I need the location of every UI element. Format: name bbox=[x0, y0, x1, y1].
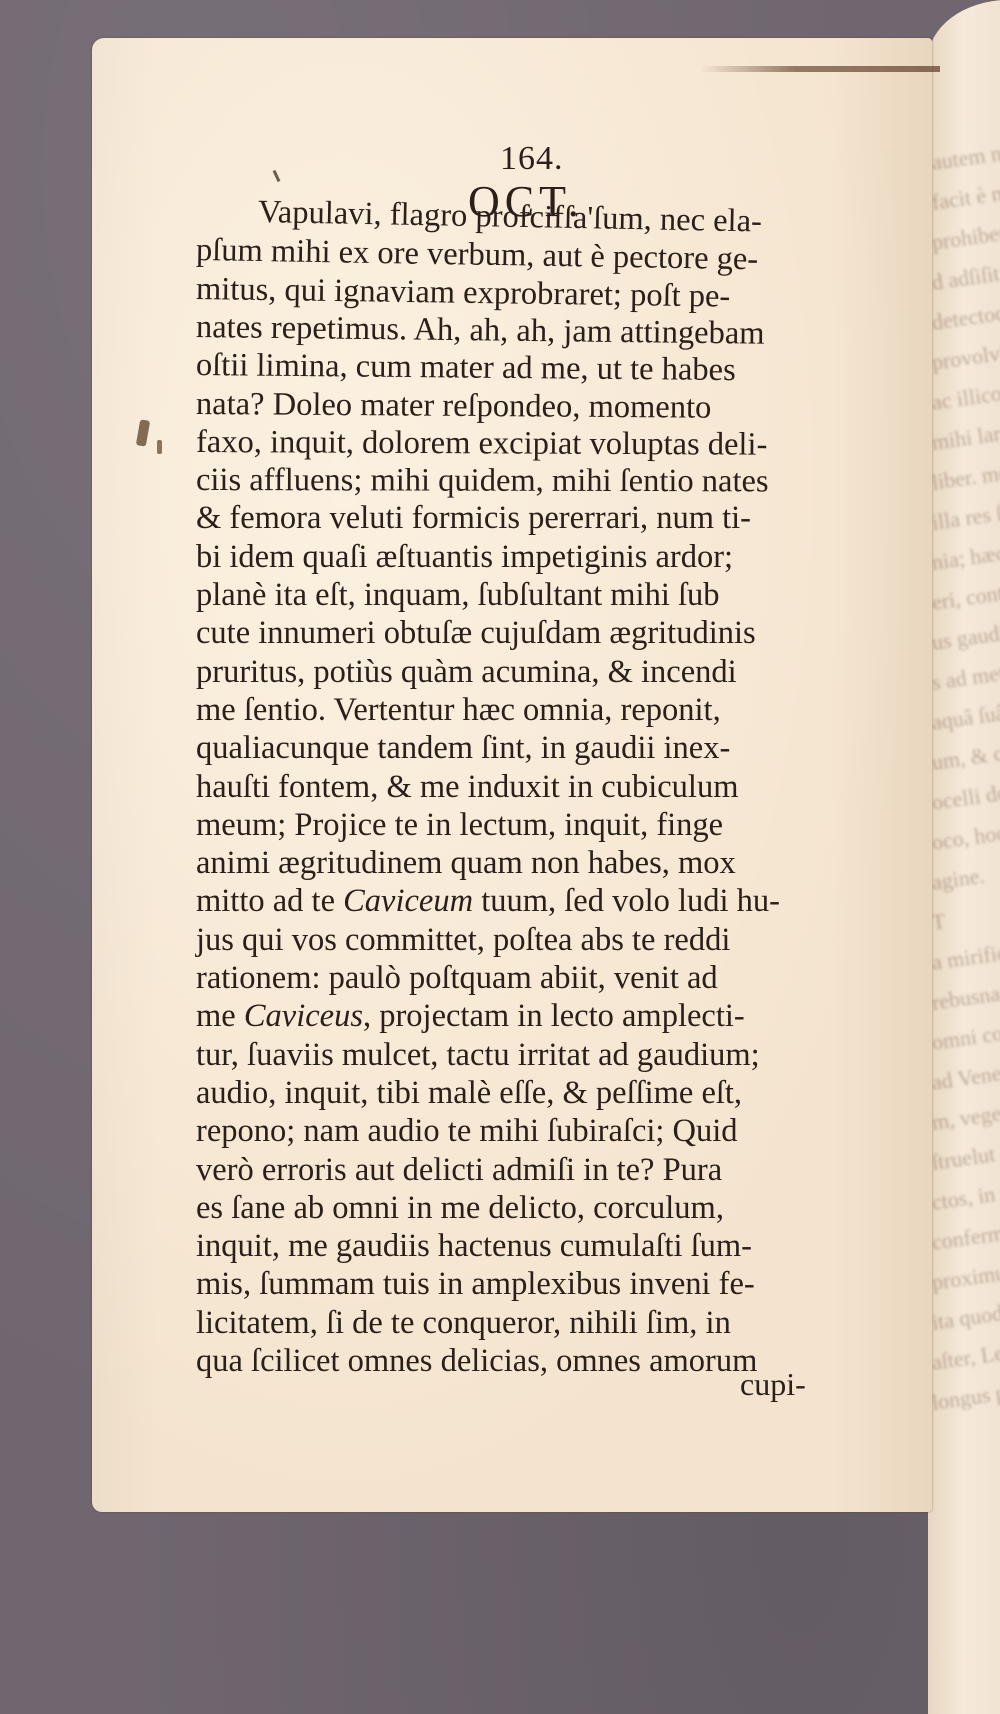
text-line: jus qui vos committet, poſtea abs te red… bbox=[196, 924, 730, 957]
facing-page-line: ad Venerem, bbox=[930, 1055, 1000, 1096]
text-line: pruritus, potiùs quàm acumina, & incendi bbox=[196, 656, 737, 689]
italic-name: Caviceum bbox=[343, 883, 473, 919]
text-line: qua ſcilicet omnes delicias, omnes amoru… bbox=[196, 1345, 757, 1378]
text-line: licitatem, ſi de te conqueror, nihili ſi… bbox=[196, 1307, 731, 1340]
facing-page-line: autem nacta ſu bbox=[930, 132, 1000, 176]
facing-page-line: s ad metam pe bbox=[930, 653, 1000, 696]
facing-page-line: ac illico ad p bbox=[930, 374, 1000, 415]
text-line: me ſentio. Vertentur hæc omnia, reponit, bbox=[196, 694, 721, 727]
text-line: ciis affluens; mihi quidem, mihi ſentio … bbox=[196, 464, 769, 498]
text-line: mis, ſummam tuis in amplexibus inveni fe… bbox=[196, 1268, 755, 1301]
facing-page-line: illa res ſenſibu bbox=[930, 493, 1000, 536]
facing-page-line: ocelli docu bbox=[930, 777, 1000, 816]
text-line: verò erroris aut delicti admiſi in te? P… bbox=[196, 1154, 722, 1187]
facing-page-line: ita quod ſibi p bbox=[930, 1293, 1000, 1336]
facing-page-line: confermatea bbox=[930, 1215, 1000, 1256]
facing-page-line: rebusnam ver bbox=[930, 974, 1000, 1016]
text-line: bi idem quaſi æſtuantis impetiginis ardo… bbox=[196, 541, 733, 574]
margin-ink-mark bbox=[157, 440, 162, 454]
facing-page-line: d adſiſit in le bbox=[930, 255, 1000, 296]
text-line: me Caviceus, projectam in lecto amplecti… bbox=[196, 1000, 745, 1033]
facing-page-line: provolvit ſe in bbox=[930, 333, 1000, 376]
page-top-edge bbox=[700, 66, 940, 72]
catchword: cupi- bbox=[740, 1368, 806, 1400]
text-line: es ſane ab omni in me delicto, corculum, bbox=[196, 1192, 724, 1225]
italic-name: Caviceus bbox=[244, 998, 363, 1034]
facing-page-line: um, & cùm bbox=[930, 736, 1000, 776]
page-number: 164. bbox=[500, 140, 564, 178]
facing-page-line: oco, hoc ta bbox=[930, 817, 1000, 856]
facing-page-line: proximus, & in bbox=[930, 1251, 1000, 1295]
text-line: & femora veluti formicis pererrari, num … bbox=[196, 502, 751, 535]
text-line: planè ita eſt, inquam, ſubſultant mihi ſ… bbox=[196, 579, 720, 612]
facing-page-line: detectoque bbox=[930, 297, 1000, 336]
facing-page-line: ſtruelut cohor bbox=[930, 1134, 1000, 1176]
facing-page-line: liber. moriar bbox=[930, 455, 1000, 496]
facing-page-line: ctos, in vulva bbox=[930, 1174, 1000, 1216]
facing-page-line: m, vegetiorum bbox=[930, 1092, 1000, 1136]
facing-page-line: eri, continu bbox=[930, 576, 1000, 616]
text-line: nates repetimus. Ah, ah, ah, jam attinge… bbox=[196, 311, 765, 350]
facing-page-line: us gaudii ſumn bbox=[930, 612, 1000, 656]
facing-page: autem nacta ſufacit è medioprohibere vog… bbox=[928, 0, 1000, 1714]
text-line: repono; nam audio te mihi ſubiraſci; Qui… bbox=[196, 1115, 738, 1148]
text-line: rationem: paulò poſtquam abiit, venit ad bbox=[196, 962, 718, 995]
text-line: mitus, qui ignaviam exprobraret; poſt pe… bbox=[196, 273, 731, 313]
text-line: hauſti fontem, & me induxit in cubiculum bbox=[196, 771, 739, 804]
facing-page-line: prohibere voga bbox=[930, 212, 1000, 256]
text-line: tur, ſuaviis mulcet, tactu irritat ad ga… bbox=[196, 1039, 760, 1072]
text-line: nata? Doleo mater reſpondeo, momento bbox=[196, 388, 712, 424]
text-line: audio, inquit, tibi malè eſſe, & peſſime… bbox=[196, 1077, 742, 1110]
text-line: meum; Projice te in lectum, inquit, fing… bbox=[196, 809, 723, 842]
facing-page-line: mihi largus bbox=[930, 416, 1000, 456]
text-line: oſtii limina, cum mater ad me, ut te hab… bbox=[196, 349, 736, 387]
text-line: cute innumeri obtuſæ cujuſdam ægritudini… bbox=[196, 617, 756, 650]
text-line: animi ægritudinem quam non habes, mox bbox=[196, 847, 736, 880]
text-line: qualiacunque tandem ſint, in gaudii inex… bbox=[196, 732, 730, 765]
facing-page-line: longus pu bbox=[930, 1378, 1000, 1416]
text-line: mitto ad te Caviceum tuum, ſed volo ludi… bbox=[196, 885, 780, 918]
facing-page-line: aſter, Leonem bbox=[930, 1333, 1000, 1376]
text-line: inquit, me gaudiis hactenus cumulaſti ſu… bbox=[196, 1230, 752, 1263]
facing-page-line: T bbox=[930, 908, 947, 936]
facing-page-line: facit è medio bbox=[930, 174, 1000, 216]
facing-page-line: aquâ ſuâ plu bbox=[930, 695, 1000, 736]
text-line: faxo, inquit, dolorem excipiat voluptas … bbox=[196, 426, 767, 461]
facing-page-line: nia; hæc con bbox=[930, 535, 1000, 576]
facing-page-line: agine. bbox=[930, 863, 986, 896]
facing-page-line: omni corpor bbox=[930, 1015, 1000, 1056]
facing-page-line: a mirificè na bbox=[930, 935, 1000, 976]
